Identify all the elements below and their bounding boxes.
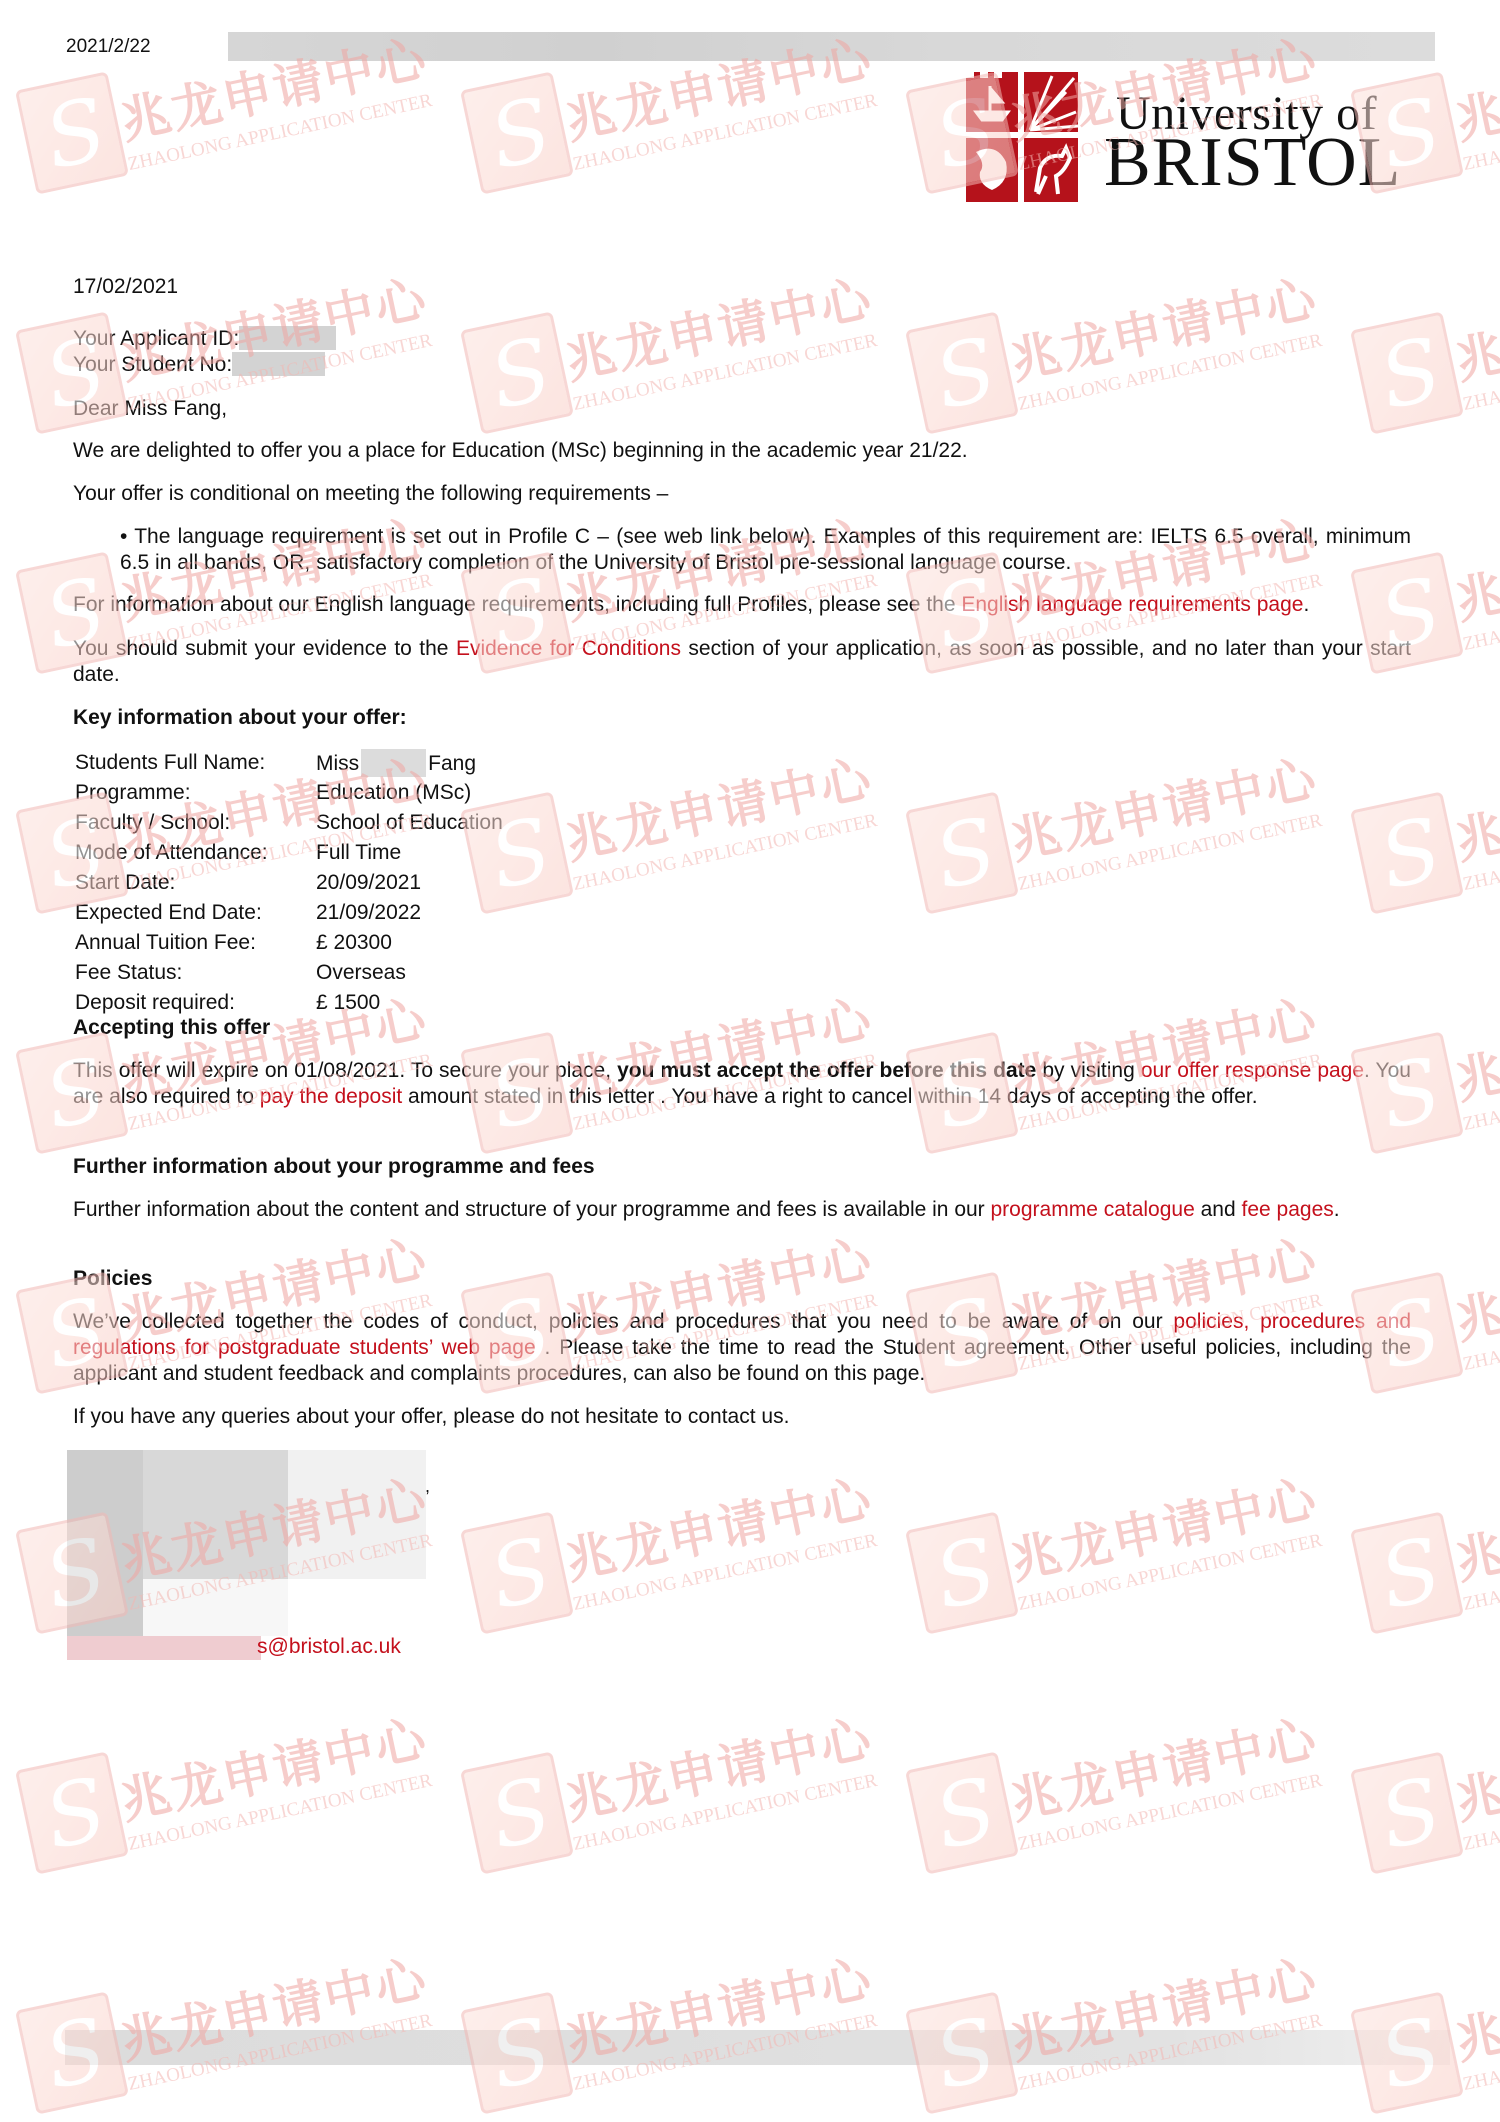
accepting-heading: Accepting this offer	[73, 1015, 1411, 1041]
policies-text-1: We’ve collected together the codes of co…	[73, 1310, 1173, 1333]
further-text-3: .	[1334, 1198, 1340, 1221]
watermark-logo-icon	[460, 1511, 574, 1634]
fee-pages-link[interactable]: fee pages	[1242, 1198, 1334, 1221]
watermark-logo-icon	[15, 1751, 129, 1874]
key-info-value: 21/09/2022	[316, 898, 503, 928]
letter-date: 17/02/2021	[73, 274, 1411, 300]
student-no-line: Your Student No:	[73, 352, 1411, 378]
watermark-logo-icon	[460, 1751, 574, 1874]
key-info-label: Expected End Date:	[75, 898, 316, 928]
redacted-footer-bar	[65, 2030, 1450, 2065]
redacted-email-prefix	[67, 1636, 261, 1660]
watermark-logo-icon	[15, 71, 129, 194]
watermark-en-text: ZHAOLONG APPLICATION CENTER	[1461, 810, 1500, 896]
key-info-value: Overseas	[316, 958, 503, 988]
key-info-value: 20/09/2021	[316, 868, 503, 898]
watermark-en-text: ZHAOLONG APPLICATION CENTER	[571, 1770, 879, 1856]
redacted-signature-block: , s@bristol.ac.uk	[67, 1450, 427, 1650]
redacted-applicant-id	[239, 326, 336, 350]
zhaolong-watermark: 兆龙申请中心ZHAOLONG APPLICATION CENTER	[470, 1730, 770, 1880]
signature-comma: ,	[425, 1476, 430, 1497]
watermark-cn-text: 兆龙申请中心	[558, 1458, 878, 1593]
watermark-en-text: ZHAOLONG APPLICATION CENTER	[1461, 570, 1500, 656]
zhaolong-watermark: 兆龙申请中心ZHAOLONG APPLICATION CENTER	[915, 1730, 1215, 1880]
key-info-value: £ 1500	[316, 988, 503, 1018]
key-info-row: Faculty / School:School of Education	[75, 808, 503, 838]
further-info-paragraph: Further information about the content an…	[73, 1197, 1411, 1223]
watermark-logo-icon	[1350, 791, 1464, 914]
further-text-1: Further information about the content an…	[73, 1198, 991, 1221]
watermark-en-text: ZHAOLONG APPLICATION CENTER	[571, 90, 879, 176]
key-info-value: Education (MSc)	[316, 778, 503, 808]
key-info-value: MissFang	[316, 748, 503, 778]
accepting-paragraph: This offer will expire on 01/08/2021. To…	[73, 1058, 1411, 1110]
key-info-label: Mode of Attendance:	[75, 838, 316, 868]
bristol-crest-icon	[966, 72, 1078, 202]
redacted-header-bar	[228, 32, 1435, 61]
pay-deposit-link[interactable]: pay the deposit	[260, 1085, 402, 1108]
surname: Fang	[428, 752, 476, 775]
watermark-cn-text: 兆龙申请中心	[1003, 738, 1323, 873]
watermark-en-text: ZHAOLONG APPLICATION CENTER	[1461, 1050, 1500, 1136]
programme-catalogue-link[interactable]: programme catalogue	[991, 1198, 1195, 1221]
watermark-en-text: ZHAOLONG APPLICATION CENTER	[1461, 1770, 1500, 1856]
watermark-logo-icon	[905, 1511, 1019, 1634]
policies-heading: Policies	[73, 1266, 1411, 1292]
key-info-label: Students Full Name:	[75, 748, 316, 778]
key-info-row: Start Date:20/09/2021	[75, 868, 503, 898]
watermark-en-text: ZHAOLONG APPLICATION CENTER	[1461, 90, 1500, 176]
applicant-id-line: Your Applicant ID:	[73, 326, 1411, 352]
student-no-label: Your Student No:	[73, 353, 232, 376]
key-info-row: Mode of Attendance:Full Time	[75, 838, 503, 868]
watermark-logo-icon	[905, 791, 1019, 914]
key-info-row: Students Full Name:MissFang	[75, 748, 503, 778]
redacted-student-no	[232, 352, 325, 376]
key-info-row: Annual Tuition Fee:£ 20300	[75, 928, 503, 958]
evidence-text-before: You should submit your evidence to the	[73, 637, 456, 660]
policies-paragraph: We’ve collected together the codes of co…	[73, 1309, 1411, 1387]
watermark-en-text: ZHAOLONG APPLICATION CENTER	[126, 1770, 434, 1856]
zhaolong-watermark: 兆龙申请中心ZHAOLONG APPLICATION CENTER	[915, 1490, 1215, 1640]
watermark-en-text: ZHAOLONG APPLICATION CENTER	[1461, 1530, 1500, 1616]
watermark-cn-text: 兆龙申请中心	[1448, 1698, 1500, 1833]
watermark-en-text: ZHAOLONG APPLICATION CENTER	[126, 90, 434, 176]
watermark-cn-text: 兆龙申请中心	[558, 1698, 878, 1833]
watermark-cn-text: 兆龙申请中心	[1448, 1458, 1500, 1593]
english-requirements-link[interactable]: English language requirements page	[961, 593, 1303, 616]
key-info-label: Fee Status:	[75, 958, 316, 988]
conditional-intro: Your offer is conditional on meeting the…	[73, 481, 1411, 507]
zhaolong-watermark: 兆龙申请中心ZHAOLONG APPLICATION CENTER	[470, 50, 770, 200]
redacted-given-name	[361, 749, 426, 777]
zhaolong-watermark: 兆龙申请中心ZHAOLONG APPLICATION CENTER	[1360, 1490, 1500, 1640]
english-info-text: For information about our English langua…	[73, 593, 961, 616]
key-info-row: Fee Status:Overseas	[75, 958, 503, 988]
key-info-heading: Key information about your offer:	[73, 705, 1411, 731]
accepting-deadline-bold: you must accept the offer before this da…	[617, 1059, 1036, 1082]
watermark-en-text: ZHAOLONG APPLICATION CENTER	[1016, 1530, 1324, 1616]
watermark-en-text: ZHAOLONG APPLICATION CENTER	[1461, 330, 1500, 416]
evidence-paragraph: You should submit your evidence to the E…	[73, 636, 1411, 688]
zhaolong-watermark: 兆龙申请中心ZHAOLONG APPLICATION CENTER	[470, 1490, 770, 1640]
watermark-cn-text: 兆龙申请中心	[1448, 1938, 1500, 2073]
language-requirement-bullet: • The language requirement is set out in…	[120, 524, 1411, 576]
watermark-logo-icon	[1350, 1511, 1464, 1634]
further-text-2: and	[1195, 1198, 1242, 1221]
watermark-logo-icon	[1350, 1751, 1464, 1874]
key-info-label: Deposit required:	[75, 988, 316, 1018]
salutation: Dear Miss Fang,	[73, 396, 1411, 422]
name-title: Miss	[316, 752, 359, 775]
watermark-en-text: ZHAOLONG APPLICATION CENTER	[1016, 1770, 1324, 1856]
key-info-label: Annual Tuition Fee:	[75, 928, 316, 958]
key-info-row: Deposit required:£ 1500	[75, 988, 503, 1018]
watermark-cn-text: 兆龙申请中心	[558, 738, 878, 873]
watermark-en-text: ZHAOLONG APPLICATION CENTER	[571, 810, 879, 896]
english-info-end: .	[1303, 593, 1309, 616]
key-info-table: Students Full Name:MissFangProgramme:Edu…	[75, 748, 503, 1018]
key-info-row: Expected End Date:21/09/2022	[75, 898, 503, 928]
zhaolong-watermark: 兆龙申请中心ZHAOLONG APPLICATION CENTER	[1360, 770, 1500, 920]
applicant-id-label: Your Applicant ID:	[73, 327, 239, 350]
key-info-value: £ 20300	[316, 928, 503, 958]
watermark-cn-text: 兆龙申请中心	[1448, 978, 1500, 1113]
zhaolong-watermark: 兆龙申请中心ZHAOLONG APPLICATION CENTER	[470, 770, 770, 920]
key-info-label: Faculty / School:	[75, 808, 316, 838]
logo-text-line2: BRISTOL	[1104, 128, 1401, 198]
watermark-en-text: ZHAOLONG APPLICATION CENTER	[1461, 2010, 1500, 2096]
zhaolong-watermark: 兆龙申请中心ZHAOLONG APPLICATION CENTER	[915, 770, 1215, 920]
accepting-text-4: amount stated in this letter . You have …	[402, 1085, 1257, 1108]
accepting-text-2: by visiting	[1036, 1059, 1141, 1082]
watermark-en-text: ZHAOLONG APPLICATION CENTER	[1016, 810, 1324, 896]
watermark-cn-text: 兆龙申请中心	[1003, 1458, 1323, 1593]
university-logo: University of BRISTOL	[966, 72, 1416, 202]
watermark-cn-text: 兆龙申请中心	[1448, 498, 1500, 633]
watermark-en-text: ZHAOLONG APPLICATION CENTER	[1461, 1290, 1500, 1376]
key-info-row: Programme:Education (MSc)	[75, 778, 503, 808]
evidence-for-conditions-link[interactable]: Evidence for Conditions	[456, 637, 681, 660]
print-date: 2021/2/22	[66, 36, 151, 58]
watermark-cn-text: 兆龙申请中心	[113, 1698, 433, 1833]
zhaolong-watermark: 兆龙申请中心ZHAOLONG APPLICATION CENTER	[1360, 1730, 1500, 1880]
watermark-cn-text: 兆龙申请中心	[1448, 18, 1500, 153]
watermark-cn-text: 兆龙申请中心	[1448, 1218, 1500, 1353]
intro-paragraph: We are delighted to offer you a place fo…	[73, 438, 1411, 464]
accepting-text-1: This offer will expire on 01/08/2021. To…	[73, 1059, 617, 1082]
contact-email-link[interactable]: s@bristol.ac.uk	[257, 1635, 401, 1659]
zhaolong-watermark: 兆龙申请中心ZHAOLONG APPLICATION CENTER	[25, 1730, 325, 1880]
key-info-label: Programme:	[75, 778, 316, 808]
key-info-value: School of Education	[316, 808, 503, 838]
key-info-label: Start Date:	[75, 868, 316, 898]
watermark-en-text: ZHAOLONG APPLICATION CENTER	[571, 1530, 879, 1616]
watermark-logo-icon	[460, 71, 574, 194]
watermark-cn-text: 兆龙申请中心	[1003, 1698, 1323, 1833]
zhaolong-watermark: 兆龙申请中心ZHAOLONG APPLICATION CENTER	[25, 50, 325, 200]
watermark-cn-text: 兆龙申请中心	[1448, 258, 1500, 393]
further-info-heading: Further information about your programme…	[73, 1154, 1411, 1180]
key-info-value: Full Time	[316, 838, 503, 868]
offer-response-link[interactable]: our offer response page	[1141, 1059, 1364, 1082]
watermark-cn-text: 兆龙申请中心	[1448, 738, 1500, 873]
english-info-paragraph: For information about our English langua…	[73, 592, 1411, 618]
watermark-logo-icon	[905, 1751, 1019, 1874]
closing-paragraph: If you have any queries about your offer…	[73, 1404, 1411, 1430]
